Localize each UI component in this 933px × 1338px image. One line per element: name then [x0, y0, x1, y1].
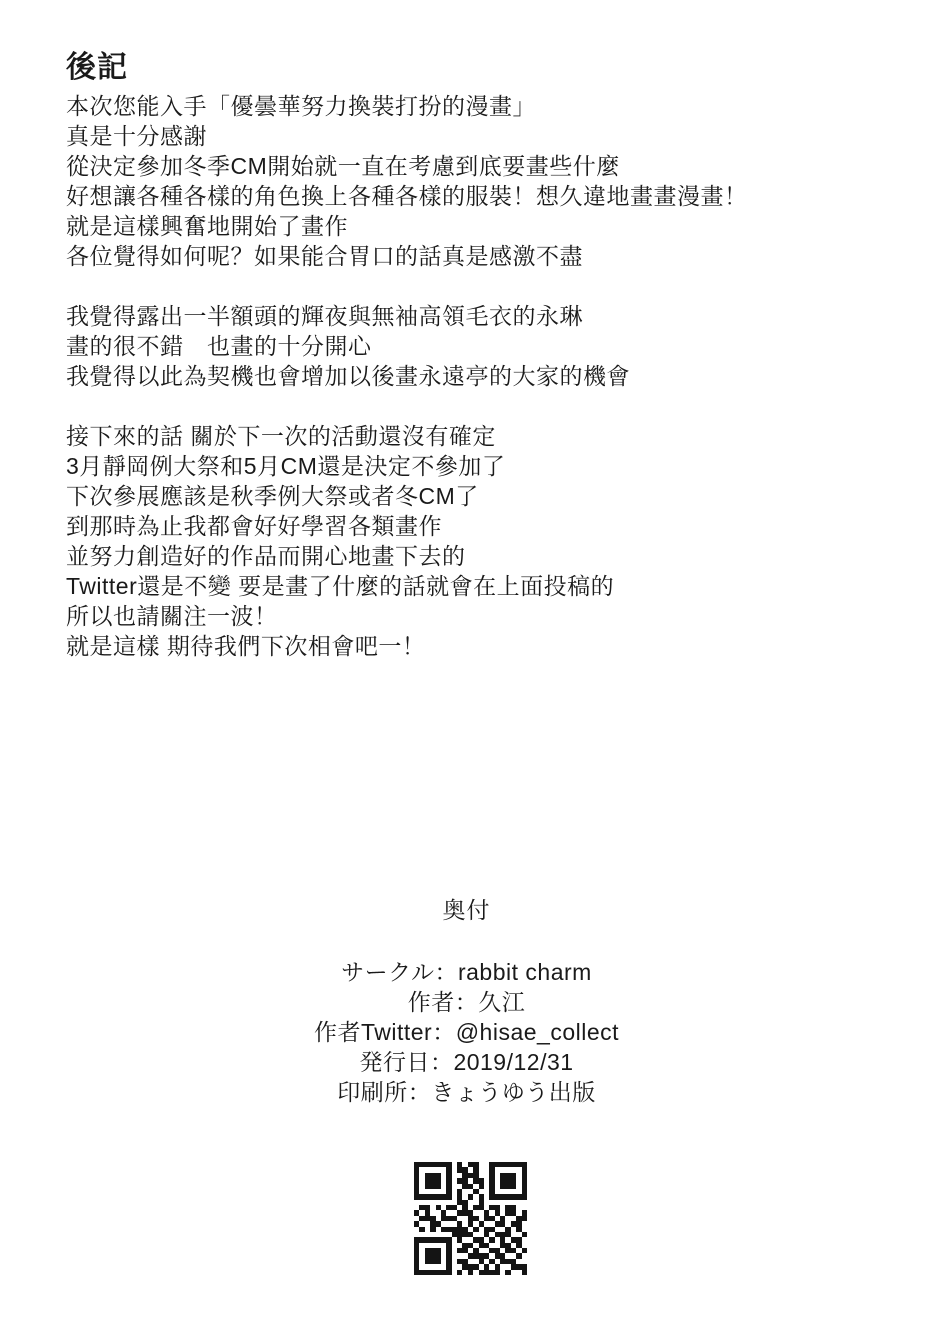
afterword-paragraphs: 本次您能入手「優曇華努力換裝打扮的漫畫」真是十分感謝從決定參加冬季CM開始就一直…	[66, 91, 876, 661]
afterword-line: 本次您能入手「優曇華努力換裝打扮的漫畫」	[66, 91, 876, 121]
qr-code	[414, 1162, 527, 1275]
afterword-line: 我覺得露出一半額頭的輝夜與無袖高領毛衣的永琳	[66, 301, 876, 331]
colophon-heading: 奥付	[0, 895, 933, 925]
scanned-page: 後記 本次您能入手「優曇華努力換裝打扮的漫畫」真是十分感謝從決定參加冬季CM開始…	[0, 0, 933, 1338]
afterword-line: 3月靜岡例大祭和5月CM還是決定不參加了	[66, 451, 876, 481]
afterword-paragraph: 接下來的話 關於下一次的活動還沒有確定3月靜岡例大祭和5月CM還是決定不參加了下…	[66, 421, 876, 661]
afterword-line: 畫的很不錯 也畫的十分開心	[66, 331, 876, 361]
afterword-paragraph: 我覺得露出一半額頭的輝夜與無袖高領毛衣的永琳畫的很不錯 也畫的十分開心我覺得以此…	[66, 301, 876, 391]
afterword-line: 所以也請關注一波！	[66, 601, 876, 631]
colophon-line: サークル：rabbit charm	[0, 957, 933, 987]
colophon-line: 作者：久江	[0, 987, 933, 1017]
colophon-lines: サークル：rabbit charm作者：久江作者Twitter：@hisae_c…	[0, 957, 933, 1107]
afterword-line: 真是十分感謝	[66, 121, 876, 151]
afterword-line: Twitter還是不變 要是畫了什麼的話就會在上面投稿的	[66, 571, 876, 601]
qr-module	[522, 1270, 527, 1275]
afterword-line: 就是這樣 期待我們下次相會吧一！	[66, 631, 876, 661]
afterword-line: 到那時為止我都會好好學習各類畫作	[66, 511, 876, 541]
colophon-section: 奥付 サークル：rabbit charm作者：久江作者Twitter：@hisa…	[0, 895, 933, 1107]
colophon-line: 発行日：2019/12/31	[0, 1047, 933, 1077]
afterword-line: 並努力創造好的作品而開心地畫下去的	[66, 541, 876, 571]
afterword-line: 好想讓各種各樣的角色換上各種各樣的服裝！想久違地畫畫漫畫！	[66, 181, 876, 211]
colophon-line: 作者Twitter：@hisae_collect	[0, 1017, 933, 1047]
afterword-section: 後記 本次您能入手「優曇華努力換裝打扮的漫畫」真是十分感謝從決定參加冬季CM開始…	[66, 50, 876, 661]
afterword-line: 各位覺得如何呢？如果能合胃口的話真是感激不盡	[66, 241, 876, 271]
colophon-line: 印刷所：きょうゆう出版	[0, 1077, 933, 1107]
afterword-line: 就是這樣興奮地開始了畫作	[66, 211, 876, 241]
afterword-heading: 後記	[66, 50, 876, 86]
afterword-line: 我覺得以此為契機也會增加以後畫永遠亭的大家的機會	[66, 361, 876, 391]
afterword-paragraph: 本次您能入手「優曇華努力換裝打扮的漫畫」真是十分感謝從決定參加冬季CM開始就一直…	[66, 91, 876, 271]
afterword-line: 下次參展應該是秋季例大祭或者冬CM了	[66, 481, 876, 511]
afterword-line: 接下來的話 關於下一次的活動還沒有確定	[66, 421, 876, 451]
afterword-line: 從決定參加冬季CM開始就一直在考慮到底要畫些什麼	[66, 151, 876, 181]
